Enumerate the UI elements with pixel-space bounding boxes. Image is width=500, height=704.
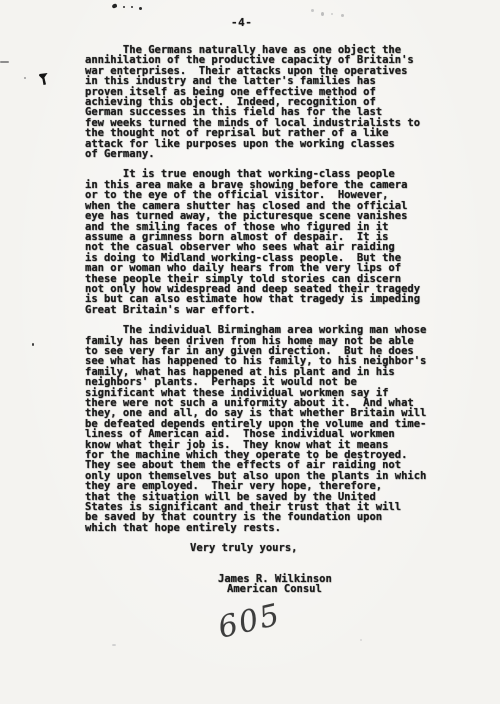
closing-salutation: Very truly yours,	[85, 543, 480, 553]
pencil-speck	[341, 14, 344, 17]
scanned-letter-page: -4- The Germans naturally have as one ob…	[0, 0, 500, 704]
letter-body: The Germans naturally have as one object…	[85, 45, 480, 595]
handwritten-number: 605	[215, 597, 285, 645]
pencil-speck	[321, 12, 324, 16]
margin-dash-mark	[0, 61, 9, 63]
ink-speck	[111, 3, 117, 8]
margin-ink-mark	[39, 73, 48, 85]
ink-speck	[360, 639, 362, 641]
paragraph-working-class-tragedy: It is true enough that working-class peo…	[85, 169, 480, 315]
ink-speck	[131, 6, 133, 8]
pencil-speck	[311, 9, 314, 12]
signature-block: James R. Wilkinson American Consul	[85, 574, 480, 595]
paragraph-birmingham-workman: The individual Birmingham area working m…	[85, 325, 480, 533]
paragraph-german-object: The Germans naturally have as one object…	[85, 45, 480, 159]
ink-speck	[24, 77, 26, 79]
signature-title: American Consul	[85, 584, 480, 594]
ink-speck	[139, 7, 142, 10]
ink-speck	[123, 6, 125, 8]
ink-speck	[32, 343, 34, 346]
ink-speck	[112, 644, 116, 646]
page-number: -4-	[231, 16, 252, 29]
pencil-speck	[331, 13, 333, 15]
